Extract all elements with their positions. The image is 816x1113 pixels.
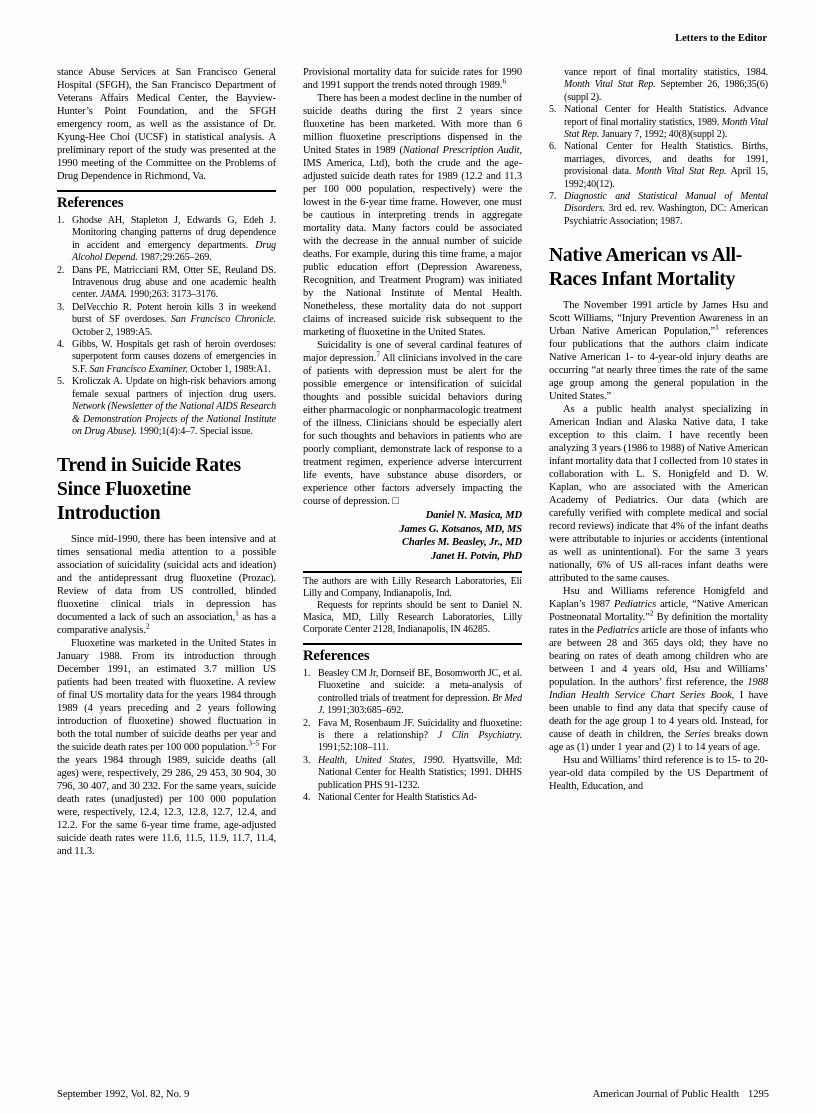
reference-superscript: 6 (502, 77, 506, 86)
reference-number: 6. (549, 141, 556, 153)
reference-number: 5. (549, 104, 556, 116)
section-rule (57, 190, 276, 192)
paragraph: Hsu and Williams’ third reference is to … (549, 754, 768, 793)
italic-text: Health, United States, 1990. (318, 755, 445, 766)
text-run: references four publications that the au… (549, 326, 768, 402)
letter-title: Native American vs All-Races Infant Mort… (549, 244, 768, 292)
reference-list: 1.Beasley CM Jr, Dornseif BE, Bosomworth… (303, 668, 522, 804)
reference-number: 2. (303, 718, 310, 730)
reference-item: vance report of final mortality statisti… (549, 67, 768, 104)
footnote-paragraph: Requests for reprints should be sent to … (303, 600, 522, 636)
italic-text: Series (685, 729, 710, 740)
references-heading: References (57, 195, 276, 212)
column-2: Provisional mortality data for suicide r… (303, 66, 522, 1078)
reference-number: 1. (303, 668, 310, 680)
text-run: As a public health analyst specializing … (549, 404, 768, 584)
paragraph: As a public health analyst specializing … (549, 403, 768, 585)
paragraph: stance Abuse Services at San Francisco G… (57, 66, 276, 183)
italic-text: San Francisco Chronicle. (171, 314, 276, 325)
reference-list: vance report of final mortality statisti… (549, 67, 768, 228)
text-run: All clinicians involved in the care of p… (303, 353, 522, 507)
italic-text: Pediatrics (597, 625, 639, 636)
reference-item: 5.Kroliczak A. Update on high-risk behav… (57, 376, 276, 438)
reference-number: 2. (57, 265, 64, 277)
reference-item: 6.National Center for Health Statistics.… (549, 141, 768, 191)
footer-journal-info: American Journal of Public Health1295 (593, 1089, 769, 1100)
column-1: stance Abuse Services at San Francisco G… (57, 66, 276, 1078)
text-run: 1990;263: 3173–3176. (127, 289, 218, 300)
column-3: vance report of final mortality statisti… (549, 66, 768, 1078)
paragraph: There has been a modest decline in the n… (303, 92, 522, 339)
reference-number: 5. (57, 376, 64, 388)
text-run: 1987;29:265–269. (138, 252, 212, 263)
signature-line: James G. Kotsanos, MD, MS (303, 523, 522, 537)
reference-item: 4.Gibbs, W. Hospitals get rash of heroin… (57, 339, 276, 376)
reference-number: 4. (303, 792, 310, 804)
signature-line: Charles M. Beasley, Jr., MD (303, 536, 522, 550)
text-run: Provisional mortality data for suicide r… (303, 67, 522, 91)
column-layout: stance Abuse Services at San Francisco G… (57, 66, 768, 1078)
footer-journal-name: American Journal of Public Health (593, 1089, 739, 1100)
italic-text: J Clin Psychiatry. (438, 730, 522, 741)
text-run: For the years 1984 through 1989, suicide… (57, 742, 276, 857)
section-rule (303, 643, 522, 645)
reference-superscript: 3–5 (248, 739, 259, 748)
signature-block: Daniel N. Masica, MDJames G. Kotsanos, M… (303, 509, 522, 563)
reference-number: 1. (57, 215, 64, 227)
reference-item: 2.Dans PE, Matricciani RM, Otter SE, Reu… (57, 265, 276, 302)
italic-text: National Prescription Audit, (403, 145, 522, 156)
footer-page-number: 1295 (748, 1089, 769, 1100)
signature-line: Daniel N. Masica, MD (303, 509, 522, 523)
reference-number: 3. (57, 302, 64, 314)
running-head: Letters to the Editor (675, 33, 767, 44)
text-run: Kroliczak A. Update on high-risk behavio… (72, 376, 276, 399)
reference-list: 1.Ghodse AH, Stapleton J, Edwards G, Ede… (57, 215, 276, 438)
reference-number: 4. (57, 339, 64, 351)
reference-item: 1.Beasley CM Jr, Dornseif BE, Bosomworth… (303, 668, 522, 718)
text-run: October 1, 1989:A1. (188, 364, 271, 375)
text-run: Since mid-1990, there has been intensive… (57, 534, 276, 623)
paragraph: Provisional mortality data for suicide r… (303, 66, 522, 92)
text-run: IMS America, Ltd), both the crude and th… (303, 158, 522, 338)
italic-text: JAMA. (100, 289, 127, 300)
text-run: Hsu and Williams’ third reference is to … (549, 755, 768, 792)
text-run: 1991;52:108–111. (318, 742, 389, 753)
footnote-paragraph: The authors are with Lilly Research Labo… (303, 576, 522, 600)
text-run: Fluoxetine was marketed in the United St… (57, 638, 276, 753)
footer-issue-info: September 1992, Vol. 82, No. 9 (57, 1089, 189, 1100)
references-heading: References (303, 648, 522, 665)
text-run: vance report of final mortality statisti… (564, 67, 768, 78)
text-run: January 7, 1992; 40(8)(suppl 2). (599, 129, 727, 140)
paragraph: Since mid-1990, there has been intensive… (57, 533, 276, 637)
text-run: National Center for Health Statistics Ad… (318, 792, 477, 803)
reference-number: 7. (549, 191, 556, 203)
reference-item: 1.Ghodse AH, Stapleton J, Edwards G, Ede… (57, 215, 276, 265)
paragraph: The November 1991 article by James Hsu a… (549, 299, 768, 403)
reference-superscript: 2 (146, 622, 150, 631)
text-run: October 2, 1989:A5. (72, 327, 152, 338)
italic-text: San Francisco Examiner. (89, 364, 188, 375)
reference-item: 4.National Center for Health Statistics … (303, 792, 522, 804)
paragraph: Suicidality is one of several cardinal f… (303, 339, 522, 508)
reference-item: 7.Diagnostic and Statistical Manual of M… (549, 191, 768, 228)
text-run: 1990;1(4):4–7. Special issue. (137, 426, 253, 437)
section-rule (303, 571, 522, 573)
reference-item: 3.Health, United States, 1990. Hyattsvil… (303, 755, 522, 792)
reference-item: 2.Fava M, Rosenbaum JF. Suicidality and … (303, 718, 522, 755)
paragraph: Hsu and Williams reference Honigfeld and… (549, 585, 768, 754)
text-run: 1991;303:685–692. (325, 705, 404, 716)
signature-line: Janet H. Potvin, PhD (303, 550, 522, 564)
text-run: Ghodse AH, Stapleton J, Edwards G, Edeh … (72, 215, 276, 251)
page-footer: September 1992, Vol. 82, No. 9 American … (57, 1089, 769, 1100)
italic-text: Month Vital Stat Rep. (636, 166, 727, 177)
reference-item: 3.DelVecchio R. Potent heroin kills 3 in… (57, 302, 276, 339)
letter-title: Trend in Suicide Rates Since Fluoxetine … (57, 454, 276, 526)
author-affiliation-note: The authors are with Lilly Research Labo… (303, 576, 522, 636)
reference-item: 5.National Center for Health Statistics.… (549, 104, 768, 141)
text-run: stance Abuse Services at San Francisco G… (57, 67, 276, 182)
paragraph: Fluoxetine was marketed in the United St… (57, 637, 276, 858)
journal-page: Letters to the Editor stance Abuse Servi… (0, 0, 816, 1113)
italic-text: Month Vital Stat Rep. (564, 79, 656, 90)
reference-number: 3. (303, 755, 310, 767)
